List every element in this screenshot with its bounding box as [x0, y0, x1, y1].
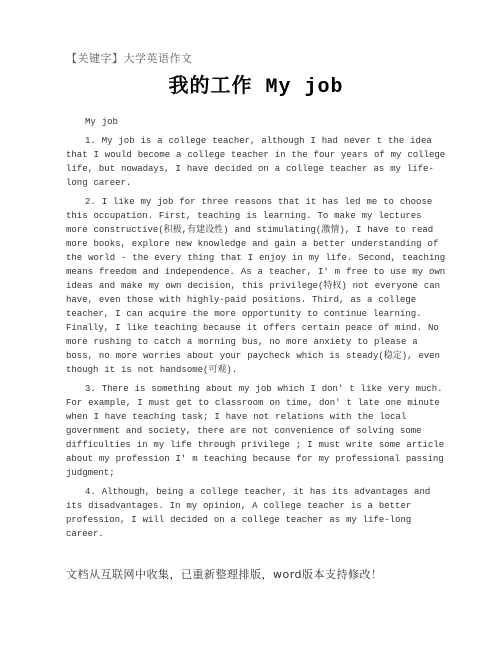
paragraph-my-job: My job	[66, 115, 446, 129]
keyword-label: 【关键字】大学英语作文	[66, 52, 446, 65]
paragraph-2: 2. I like my job for three reasons that …	[66, 195, 446, 377]
page-title: 我的工作 My job	[66, 76, 446, 100]
paragraph-1: 1. My job is a college teacher, although…	[66, 134, 446, 190]
footer-note: 文档从互联网中收集，已重新整理排版，word版本支持修改！	[66, 568, 446, 582]
paragraph-3: 3. There is something about my job which…	[66, 382, 446, 480]
paragraph-4: 4. Although, being a college teacher, it…	[66, 485, 446, 541]
document-body: My job 1. My job is a college teacher, a…	[66, 115, 446, 541]
document-page: 【关键字】大学英语作文 我的工作 My job My job 1. My job…	[0, 0, 502, 649]
